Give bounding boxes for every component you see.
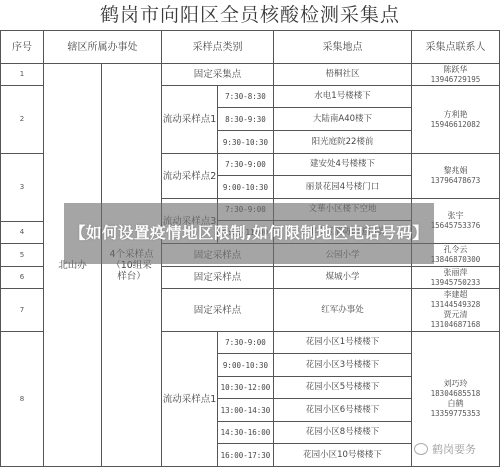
location-cell: 建安处4号楼楼下 [273,153,412,176]
office-name: 北山办 [43,63,102,467]
contact-name: 黎兆娟 [444,166,468,176]
contact-phone: 15946612082 [431,120,481,130]
contact-phone: 13946729195 [431,75,481,85]
time-cell: 16:00-17:30 [217,443,274,467]
contact-name: 张丽萍 [444,268,468,278]
contact-phone: 13846870300 [431,255,481,265]
contact-name: 李建超 [444,290,468,300]
seq-cell: 3 [0,153,44,222]
location-cell: 花园小区8号楼楼下 [273,421,412,444]
contact-phone: 15645753376 [431,221,481,231]
location-cell: 花园小区5号楼楼下 [273,376,412,399]
contact-phone: 13796478673 [431,176,481,186]
header-location: 采集地点 [273,30,412,64]
category-cell: 流动采样点2 [161,153,218,199]
contact-cell: 张丽萍 13945750233 [411,266,500,289]
contact-name: 贾元清 [444,310,468,320]
contact-cell: 黎兆娟 13796478673 [411,153,500,199]
header-seq: 序号 [0,30,44,64]
time-cell: 10:30-12:00 [217,376,274,399]
time-cell: 9:00-10:30 [217,353,274,377]
contact-phone: 13359775353 [431,409,481,419]
time-cell: 7:30-8:30 [217,85,274,108]
contact-phone: 13144549328 [431,300,481,310]
location-cell: 阳光庭院22楼前 [273,130,412,154]
location-cell: 花园小区1号楼楼下 [273,331,412,354]
page-title: 鹤岗市向阳区全员核酸检测采集点 [0,0,500,30]
time-cell: 8:30-9:30 [217,107,274,131]
time-cell: 7:30-9:00 [217,331,274,354]
location-cell: 花园小区10号楼楼下 [273,443,412,467]
contact-name: 张宇 [448,211,464,221]
category-cell: 流动采样点1 [161,85,218,154]
category-cell: 固定采集点 [161,63,274,86]
header-office: 辖区所属办事处 [43,30,162,64]
location-cell: 煤城小学 [273,266,412,289]
location-cell: 丽景花园4号楼门口 [273,175,412,199]
category-cell: 流动采样点1 [161,331,218,467]
contact-name: 白鹤 [448,399,464,409]
contact-phone: 13104687168 [431,320,481,330]
header-category: 采样点类别 [161,30,274,64]
office-summary: 4个采样点（10组采样台） [101,63,162,467]
contact-cell: 方利艳 15946612082 [411,85,500,154]
seq-cell: 1 [0,63,44,86]
location-cell: 梧桐社区 [273,63,412,86]
contact-cell: 李建超 13144549328 贾元清 13104687168 [411,288,500,332]
location-cell: 花园小区6号楼楼下 [273,398,412,422]
seq-cell: 4 [0,221,44,244]
seq-cell: 5 [0,243,44,267]
time-cell: 9:30-10:30 [217,130,274,154]
location-cell: 红军办事处 [273,288,412,332]
overlay-banner: 【如何设置疫情地区限制,如何限制地区电话号码】 [64,203,434,264]
contact-name: 孔令云 [444,245,468,255]
location-cell: 大陆南A40楼下 [273,107,412,131]
seq-cell: 7 [0,288,44,332]
wechat-icon [414,443,428,455]
seq-cell: 6 [0,266,44,289]
watermark-text: 鹤岗要务 [432,441,476,457]
contact-cell: 陈跃华 13946729195 [411,63,500,86]
seq-cell: 8 [0,331,44,467]
contact-name: 刘巧玲 [444,379,468,389]
location-cell: 花园小区3号楼楼下 [273,353,412,377]
time-cell: 14:30-16:00 [217,421,274,444]
category-cell: 固定采样点 [161,288,274,332]
contact-phone: 18304685518 [431,389,481,399]
watermark: 鹤岗要务 [414,441,476,457]
contact-name: 陈跃华 [444,65,468,75]
time-cell: 9:00-10:30 [217,175,274,199]
time-cell: 7:30-9:00 [217,153,274,176]
location-cell: 水电1号楼楼下 [273,85,412,108]
category-cell: 固定采样点 [161,266,274,289]
contact-name: 方利艳 [444,110,468,120]
contact-phone: 13945750233 [431,278,481,288]
time-cell: 13:00-14:30 [217,398,274,422]
seq-cell: 2 [0,85,44,154]
header-contact: 采集点联系人 [411,30,500,64]
